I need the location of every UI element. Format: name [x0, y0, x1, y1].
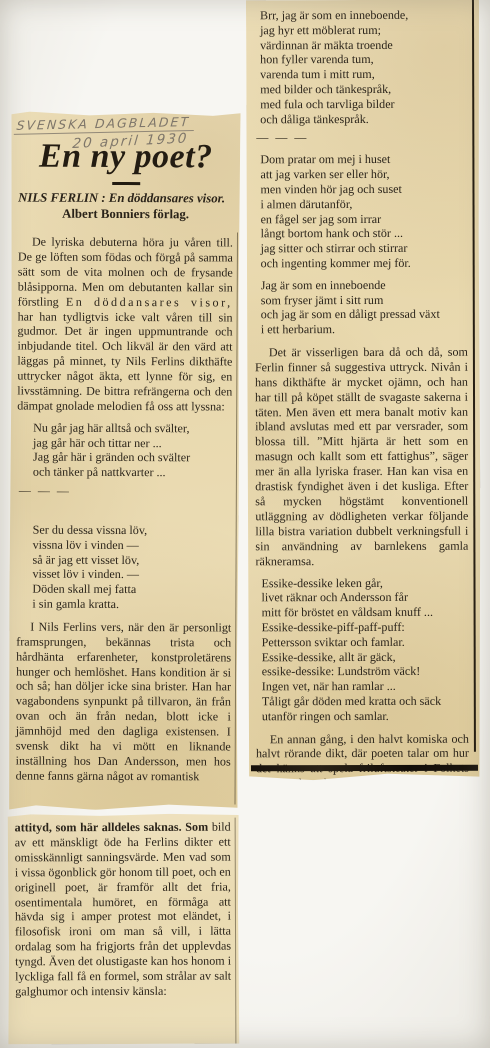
- book-title-letterspaced: En döddansares visor,: [66, 294, 233, 309]
- column-end-rule: [251, 765, 478, 772]
- byline-publisher: Albert Bonniers förlag.: [18, 207, 233, 223]
- poem-verse-dom-pratar: Dom pratar om mej i huset att jag varken…: [260, 152, 467, 271]
- verse-separator-dashes: — — —: [256, 130, 467, 146]
- clipping-fragment: attityd, som här alldeles saknas. Som bi…: [8, 814, 240, 1045]
- headline-divider-rule: [112, 182, 140, 185]
- verse-separator-dashes: — — —: [19, 484, 232, 500]
- paragraph-intro-text-cont: har han tydligtvis icke valt våren till …: [17, 309, 232, 413]
- article-byline: NILS FERLIN : En döddansares visor.: [18, 191, 233, 207]
- fragment-body-text: bild av ett mänskligt öde ha Ferlins dik…: [15, 820, 232, 999]
- clipping-continuation: Brr, jag är som en inneboende, jag hyr e…: [246, 0, 481, 780]
- paragraph-friluftsteater: En annan gång, i den halvt komiska och h…: [256, 731, 469, 780]
- byline-book-title: En döddansares visor.: [106, 191, 226, 206]
- poem-verse-vissna-lov: Ser du dessa vissna löv, vissna löv i vi…: [32, 523, 231, 613]
- paragraph-attityd: attityd, som här alldeles saknas. Som bi…: [15, 820, 232, 1000]
- byline-author: NILS FERLIN :: [18, 191, 106, 205]
- poem-verse-essike-dessike: Essike-dessike leken går, livet räknar o…: [261, 575, 468, 724]
- poem-verse-svalter: Nu går jag här alltså och svälter, jag g…: [33, 420, 232, 480]
- paragraph-suggestiva-uttryck: Det är visserligen bara då och då, som F…: [255, 345, 469, 569]
- paragraph-ferlins-vers: I Nils Ferlins vers, när den är personli…: [16, 619, 232, 784]
- fragment-lead-bold: attityd, som här alldeles saknas. Som: [15, 820, 212, 835]
- handwritten-source-note: SVENSKA DAGBLADET 20 april 1930: [14, 113, 234, 149]
- poem-verse-herbarium: Jag är som en inneboende som fryser jämt…: [261, 277, 468, 337]
- paragraph-intro: De lyriska debuterna höra ju våren till.…: [17, 235, 233, 415]
- clipping-main: SVENSKA DAGBLADET 20 april 1930 En ny po…: [8, 112, 240, 811]
- scanned-newspaper-clippings: SVENSKA DAGBLADET 20 april 1930 En ny po…: [0, 0, 490, 1048]
- poem-verse-inneboende: Brr, jag är som en inneboende, jag hyr e…: [260, 8, 467, 127]
